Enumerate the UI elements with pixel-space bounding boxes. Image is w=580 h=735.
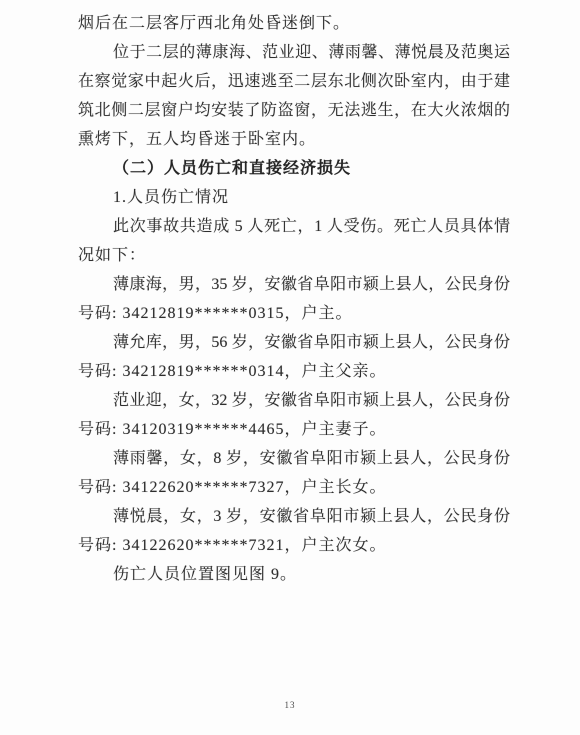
text-line: 此次事故共造成 5 人死亡，1 人受伤。死亡人员具体情 [78, 212, 510, 241]
text-line: 薄悦晨，女，3 岁，安徽省阜阳市颍上县人，公民身份 [78, 502, 510, 531]
text-line: 号码: 34212819******0315，户主。 [78, 299, 510, 328]
document-body: 烟后在二层客厅西北角处昏迷倒下。 位于二层的薄康海、范业迎、薄雨馨、薄悦晨及范奥… [78, 9, 510, 589]
text-line: 在察觉家中起火后，迅速逃至二层东北侧次卧室内，由于建 [78, 67, 510, 96]
section-heading: （二）人员伤亡和直接经济损失 [78, 154, 510, 183]
text-line: 伤亡人员位置图见图 9。 [78, 560, 510, 589]
text-line: 况如下： [78, 241, 510, 270]
page-number: 13 [0, 700, 580, 710]
text-line: 号码: 34122620******7327，户主长女。 [78, 473, 510, 502]
text-line: 位于二层的薄康海、范业迎、薄雨馨、薄悦晨及范奥运 [78, 38, 510, 67]
text-line: 号码: 34212819******0314，户主父亲。 [78, 357, 510, 386]
text-line: 薄雨馨，女，8 岁，安徽省阜阳市颍上县人，公民身份 [78, 444, 510, 473]
text-line: 熏烤下，五人均昏迷于卧室内。 [78, 125, 510, 154]
text-line: 薄康海，男，35 岁，安徽省阜阳市颍上县人，公民身份 [78, 270, 510, 299]
text-line: 号码: 34120319******4465，户主妻子。 [78, 415, 510, 444]
text-line: 筑北侧二层窗户均安装了防盗窗，无法逃生，在大火浓烟的 [78, 96, 510, 125]
subsection-heading: 1.人员伤亡情况 [78, 183, 510, 212]
text-line: 烟后在二层客厅西北角处昏迷倒下。 [78, 9, 510, 38]
text-line: 薄允库，男，56 岁，安徽省阜阳市颍上县人，公民身份 [78, 328, 510, 357]
text-line: 范业迎，女，32 岁，安徽省阜阳市颍上县人，公民身份 [78, 386, 510, 415]
text-line: 号码: 34122620******7321，户主次女。 [78, 531, 510, 560]
document-page: 烟后在二层客厅西北角处昏迷倒下。 位于二层的薄康海、范业迎、薄雨馨、薄悦晨及范奥… [0, 0, 580, 735]
